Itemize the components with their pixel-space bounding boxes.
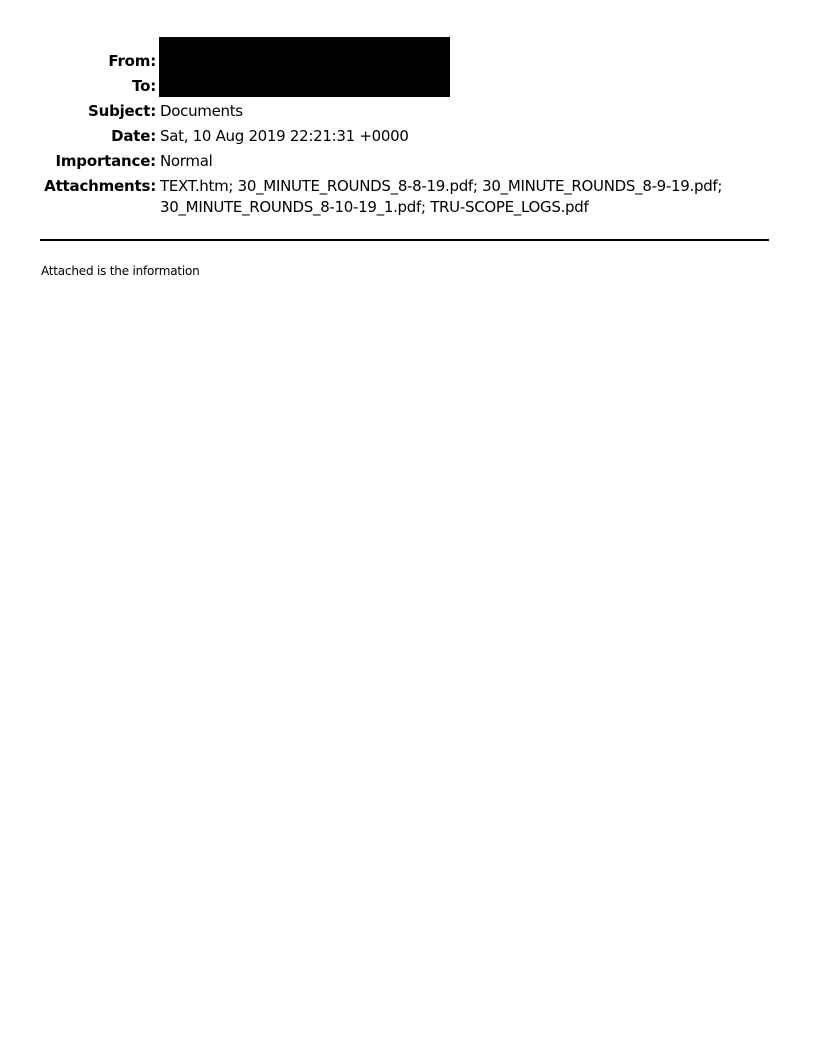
date-label: Date: bbox=[6, 126, 156, 147]
importance-label: Importance: bbox=[6, 151, 156, 172]
attachments-label: Attachments: bbox=[6, 176, 156, 197]
redaction-box bbox=[159, 37, 450, 97]
attachments-line-1[interactable]: TEXT.htm; 30_MINUTE_ROUNDS_8-8-19.pdf; 3… bbox=[160, 176, 780, 197]
subject-label: Subject: bbox=[6, 101, 156, 122]
header-divider bbox=[40, 239, 769, 241]
date-value: Sat, 10 Aug 2019 22:21:31 +0000 bbox=[160, 126, 780, 147]
attachments-line-2[interactable]: 30_MINUTE_ROUNDS_8-10-19_1.pdf; TRU-SCOP… bbox=[160, 197, 780, 218]
importance-value: Normal bbox=[160, 151, 780, 172]
from-label: From: bbox=[6, 51, 156, 72]
email-body: Attached is the information bbox=[41, 263, 200, 279]
subject-value: Documents bbox=[160, 101, 780, 122]
to-label: To: bbox=[6, 76, 156, 97]
